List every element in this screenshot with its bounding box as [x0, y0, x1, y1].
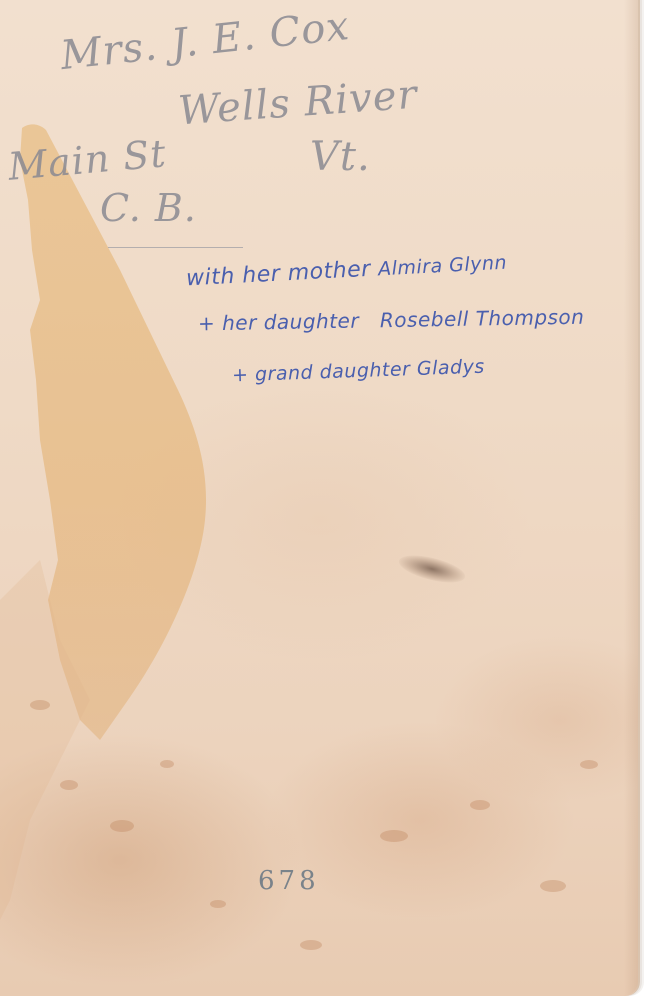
pencil-street: Main St [6, 131, 168, 189]
foxing-spot [470, 800, 490, 810]
card-edge-shadow [624, 0, 638, 996]
ink-line-mother-name: Almira Glynn [378, 252, 508, 281]
ink-line-granddaughter-name: Gladys [417, 356, 486, 380]
pencil-name-line: Mrs. J. E. Cox [58, 3, 351, 79]
ink-line-mother-lead: with her mother [186, 257, 372, 292]
cabinet-card-back: Mrs. J. E. Cox Wells River Main St Vt. C… [0, 0, 640, 996]
stamped-number: 678 [258, 866, 320, 896]
pencil-state: Vt. [310, 134, 371, 180]
foxing-spot [60, 780, 78, 790]
ink-line-daughter: + her daughter Rosebell Thompson [198, 305, 585, 336]
foxing-spot [540, 880, 566, 892]
foxing-spot [580, 760, 598, 769]
pencil-underline [108, 247, 243, 248]
foxing-spot [110, 820, 134, 832]
ink-line-granddaughter-lead: + grand daughter [232, 358, 411, 386]
ink-blot-spot [396, 550, 467, 588]
ink-line-granddaughter: + grand daughter Gladys [232, 356, 485, 387]
foxing-spot [300, 940, 322, 950]
ink-line-daughter-lead: + her daughter [198, 309, 359, 336]
foxing-spot [380, 830, 408, 842]
pencil-initials: C. B. [100, 186, 197, 230]
foxing-spot [30, 700, 50, 710]
ink-line-mother: with her mother Almira Glynn [186, 250, 508, 292]
pencil-town-line: Wells River [177, 72, 419, 135]
foxing-spot [210, 900, 226, 908]
foxing-spot [160, 760, 174, 768]
ink-line-daughter-name: Rosebell Thompson [380, 305, 585, 333]
